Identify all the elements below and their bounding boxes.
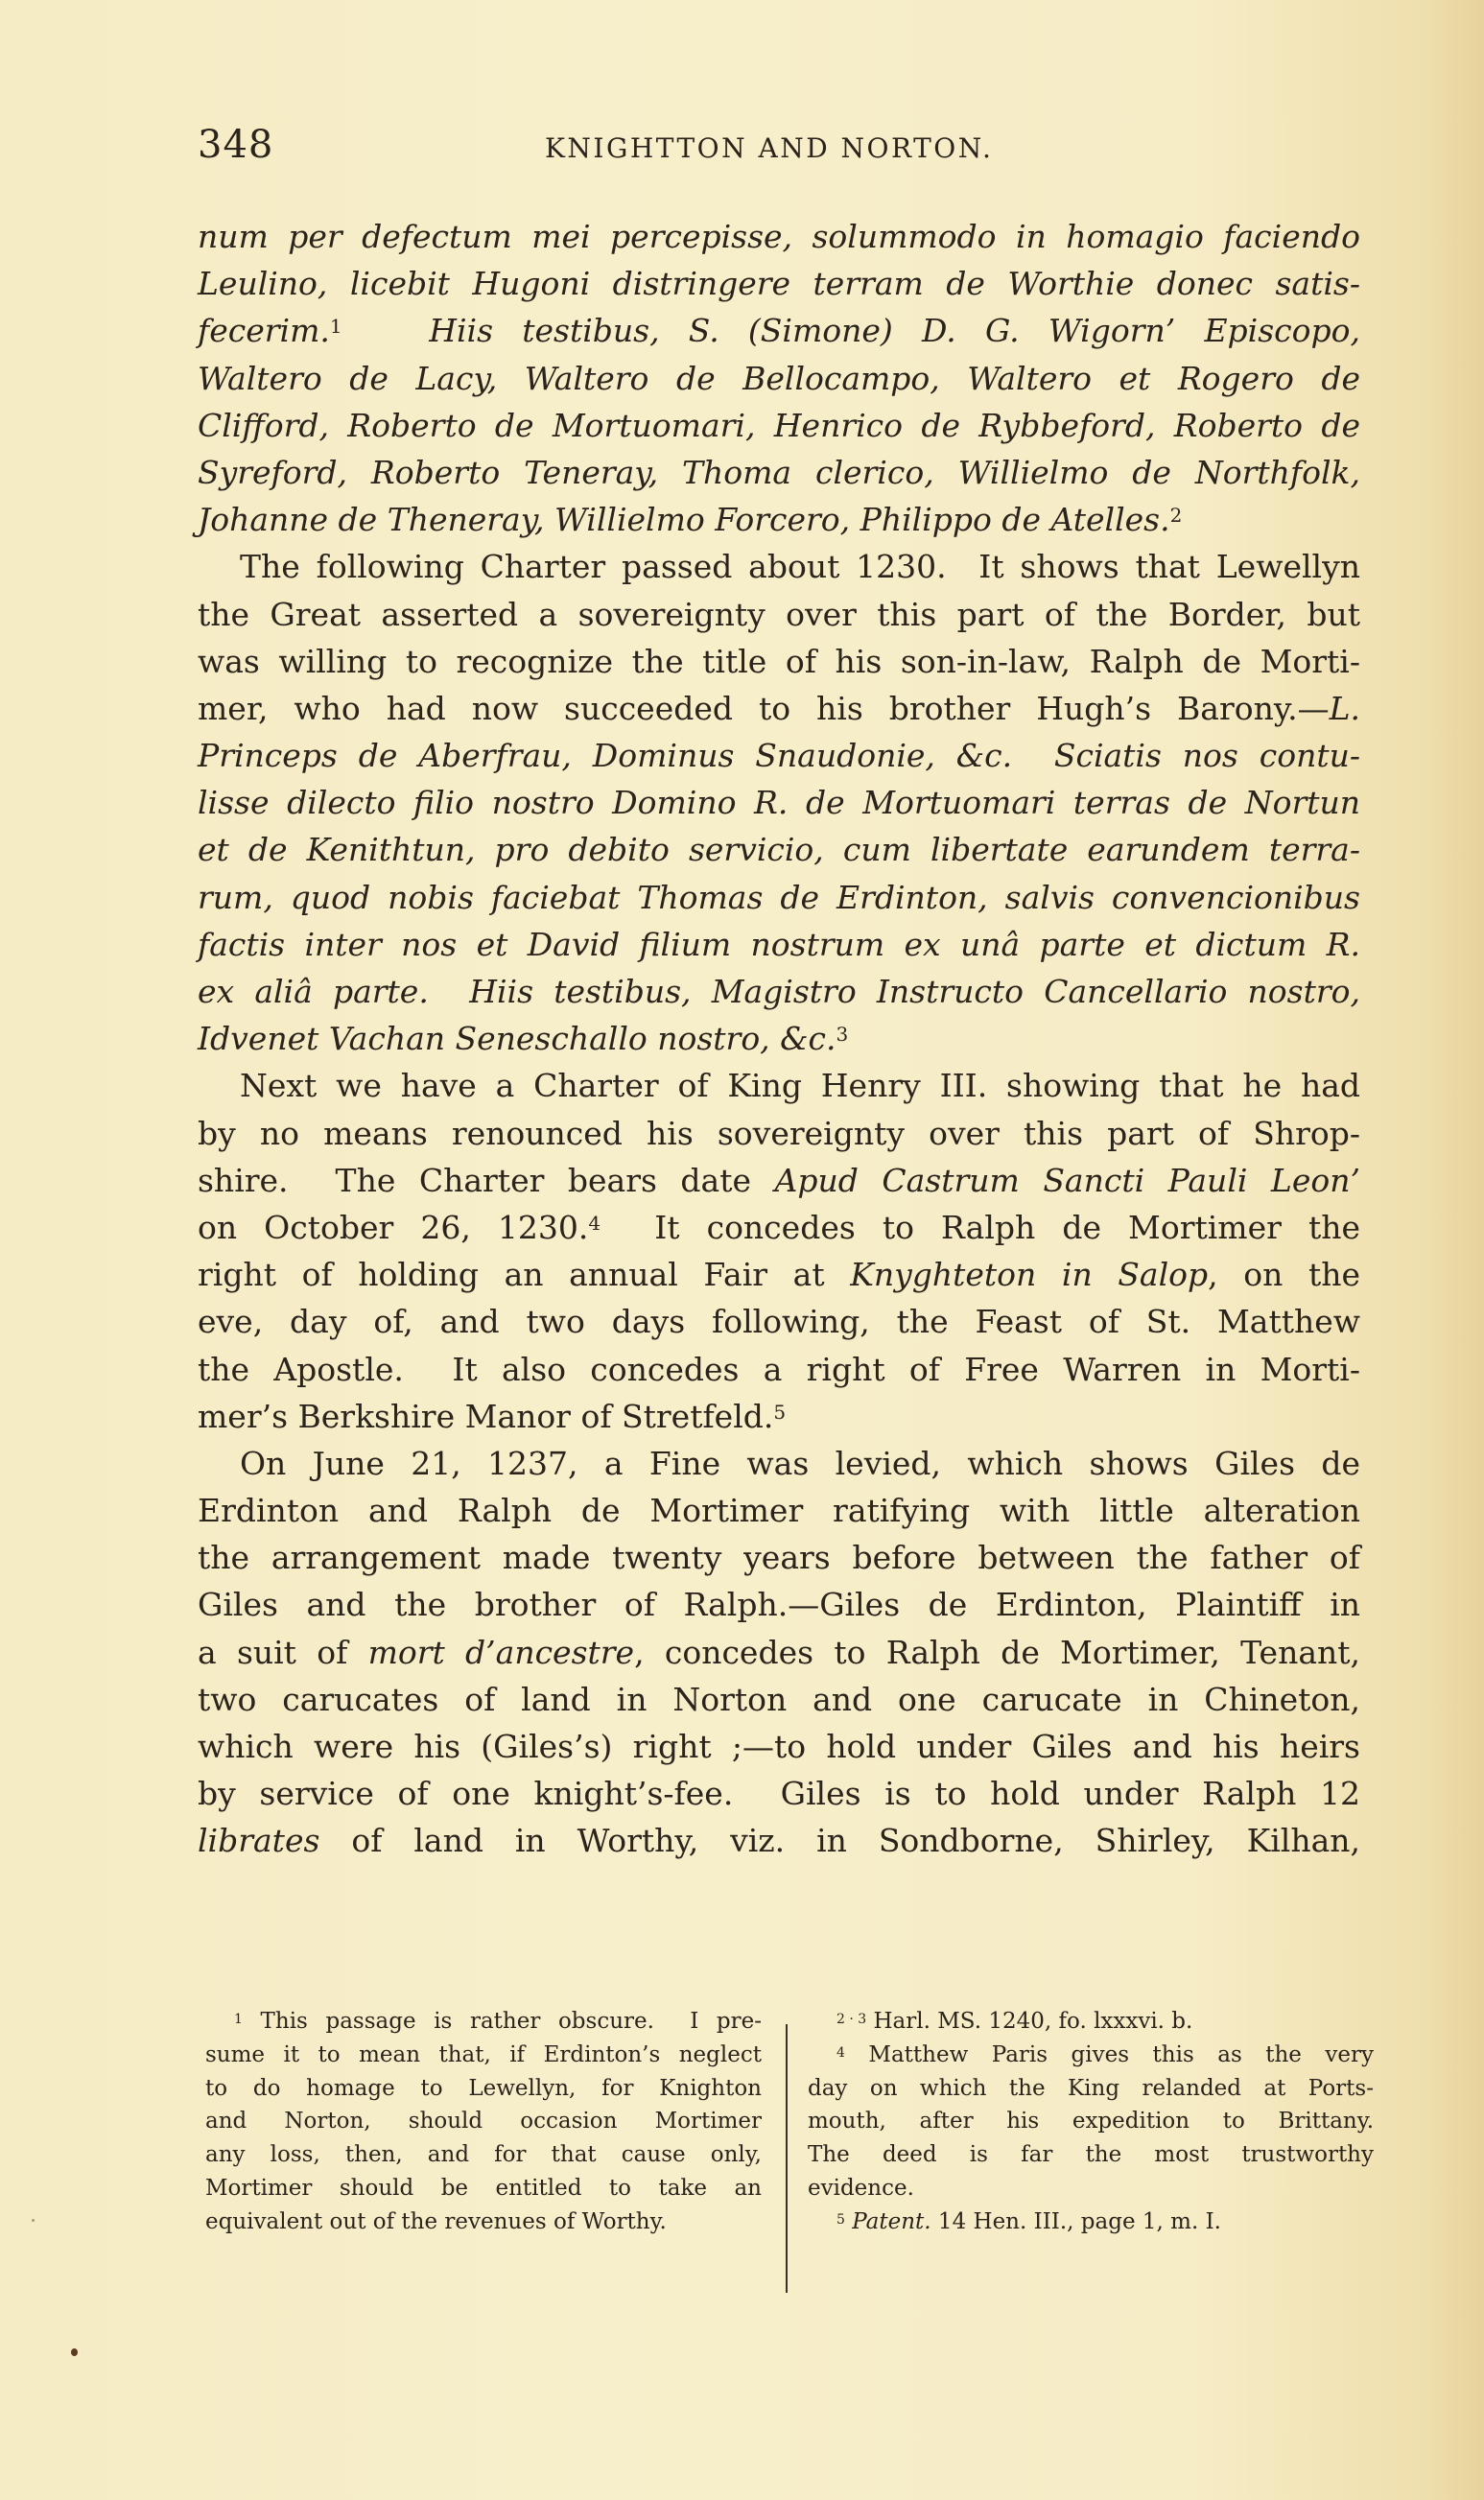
text-run: evidence. [808,2176,914,2201]
body-line: the Great asserted a sovereignty over th… [198,591,1360,638]
text-run: 14 Hen. III., page 1, m. I. [931,2209,1221,2234]
italic-text: Knyghteton in Salop [850,1256,1208,1293]
body-line: The following Charter passed about 1230.… [198,543,1360,590]
body-line: a suit of mort d’ancestre, concedes to R… [198,1629,1360,1676]
text-run: which were his (Giles’s) right ;—to hold… [198,1728,1360,1765]
footnote-marker: 5 [836,2212,845,2228]
footnote-marker: 4 [588,1212,601,1235]
footnote-line: The deed is far the most trustworthy [808,2138,1374,2172]
text-run: the Apostle. It also concedes a right of… [198,1351,1360,1388]
running-title: KNIGHTTON AND NORTON. [545,132,993,164]
italic-text: L. [1330,690,1360,727]
footnote-line: 2 · 3 Harl. MS. 1240, fo. lxxxvi. b. [808,2005,1374,2039]
footnote-marker: 3 [836,1023,849,1046]
footnote-line: equivalent out of the revenues of Worthy… [205,2205,762,2239]
running-head: 348 KNIGHTTON AND NORTON. [198,123,1387,171]
body-line: On June 21, 1237, a Fine was levied, whi… [198,1440,1360,1487]
text-run: a suit of [198,1634,368,1671]
body-line: which were his (Giles’s) right ;—to hold… [198,1723,1360,1770]
body-line: Syreford, Roberto Teneray, Thoma clerico… [198,449,1360,496]
text-run: mer, who had now succeeded to his brothe… [198,690,1330,727]
text-run: any loss, then, and for that cause only, [205,2142,762,2167]
body-line: the Apostle. It also concedes a right of… [198,1346,1360,1393]
footnote-marker: 2 · 3 [836,2012,866,2027]
footnote-marker: 1 [234,2012,243,2027]
body-line: ex aliâ parte. Hiis testibus, Magistro I… [198,968,1360,1015]
footnote-line: and Norton, should occasion Mortimer [205,2105,762,2138]
italic-text: lisse dilecto filio nostro Domino R. de … [198,784,1360,821]
body-line: Leulino, licebit Hugoni distringere terr… [198,260,1360,307]
body-line: eve, day of, and two days following, the… [198,1298,1360,1345]
text-run: two carucates of land in Norton and one … [198,1681,1360,1718]
body-line: Waltero de Lacy, Waltero de Bellocampo, … [198,355,1360,402]
italic-text: Apud Castrum Sancti Pauli Leon’ [775,1162,1360,1199]
text-run: This passage is rather obscure. I pre- [243,2009,762,2034]
italic-text: Patent. [852,2209,930,2234]
italic-text: fecerim. [198,312,330,349]
body-line: Erdinton and Ralph de Mortimer ratifying… [198,1487,1360,1534]
text-run: by no means renounced his sovereignty ov… [198,1115,1360,1152]
text-run: Mortimer should be entitled to take an [205,2176,762,2201]
body-line: Clifford, Roberto de Mortuomari, Henrico… [198,402,1360,449]
text-run: the arrangement made twenty years before… [198,1539,1360,1576]
footnotes: 1 This passage is rather obscure. I pre-… [205,2005,1385,2293]
footnote-marker: 2 [1170,504,1183,527]
text-run: , concedes to Ralph de Mortimer, Tenant, [634,1634,1360,1671]
footnote-line: Mortimer should be entitled to take an [205,2172,762,2205]
footnote-marker: 1 [330,315,342,338]
footnote-line: to do homage to Lewellyn, for Knighton [205,2072,762,2106]
footnote-line: any loss, then, and for that cause only, [205,2138,762,2172]
italic-text: Syreford, Roberto Teneray, Thoma clerico… [198,454,1360,491]
book-page: 348 KNIGHTTON AND NORTON. num per defect… [0,0,1484,2500]
italic-text: Leulino, licebit Hugoni distringere terr… [198,265,1360,302]
italic-text: num per defectum mei percepisse, solummo… [198,218,1360,255]
italic-text: Waltero de Lacy, Waltero de Bellocampo, … [198,360,1360,397]
italic-text: Princeps de Aberfrau, Dominus Snaudonie,… [198,737,1360,774]
text-run: right of holding an annual Fair at [198,1256,850,1293]
body-line: factis inter nos et David filium nostrum… [198,921,1360,968]
footnote-line: mouth, after his expedition to Brittany. [808,2105,1374,2138]
text-run: eve, day of, and two days following, the… [198,1303,1360,1340]
text-run: Giles and the brother of Ralph.—Giles de… [198,1586,1360,1623]
body-line: right of holding an annual Fair at Knygh… [198,1251,1360,1298]
footnote-line: 5 Patent. 14 Hen. III., page 1, m. I. [808,2205,1374,2239]
text-run: The deed is far the most trustworthy [808,2142,1374,2167]
text-run: the Great asserted a sovereignty over th… [198,596,1360,633]
body-line: two carucates of land in Norton and one … [198,1676,1360,1723]
text-run: The following Charter passed about 1230.… [240,548,1360,585]
body-line: shire. The Charter bears date Apud Castr… [198,1157,1360,1204]
body-line: librates of land in Worthy, viz. in Sond… [198,1817,1360,1864]
body-line: Idvenet Vachan Seneschallo nostro, &c.3 [198,1015,1360,1062]
footnote-divider [786,2024,788,2293]
text-run: shire. The Charter bears date [198,1162,775,1199]
italic-text: ex aliâ parte. Hiis testibus, Magistro I… [198,973,1360,1010]
italic-text: Hiis testibus, S. (Simone) D. G. Wigorn’… [342,312,1360,349]
italic-text: factis inter nos et David filium nostrum… [198,926,1360,963]
paper-speck [32,2219,35,2222]
italic-text: rum, quod nobis faciebat Thomas de Erdin… [198,879,1360,916]
body-line: Next we have a Charter of King Henry III… [198,1062,1360,1109]
text-run: sume it to mean that, if Erdinton’s negl… [205,2042,762,2067]
text-run: was willing to recognize the title of hi… [198,643,1360,680]
body-text: num per defectum mei percepisse, solummo… [198,213,1360,1865]
body-line: num per defectum mei percepisse, solummo… [198,213,1360,260]
text-run: mouth, after his expedition to Brittany. [808,2109,1374,2134]
body-line: lisse dilecto filio nostro Domino R. de … [198,779,1360,826]
footnote-column-right: 2 · 3 Harl. MS. 1240, fo. lxxxvi. b.4 Ma… [808,2005,1374,2239]
footnote-line: 4 Matthew Paris gives this as the very [808,2039,1374,2072]
italic-text: Idvenet Vachan Seneschallo nostro, &c. [198,1020,836,1057]
body-line: fecerim.1 Hiis testibus, S. (Simone) D. … [198,307,1360,354]
body-line: Johanne de Theneray, Willielmo Forcero, … [198,496,1360,543]
text-run: , on the [1208,1256,1360,1293]
text-run: It concedes to Ralph de Mortimer the [601,1209,1360,1246]
text-run: On June 21, 1237, a Fine was levied, whi… [240,1445,1360,1482]
text-run: Harl. MS. 1240, fo. lxxxvi. b. [866,2009,1192,2034]
body-line: rum, quod nobis faciebat Thomas de Erdin… [198,874,1360,921]
italic-text: mort d’ancestre [368,1634,635,1671]
text-run: Erdinton and Ralph de Mortimer ratifying… [198,1492,1360,1529]
text-run: equivalent out of the revenues of Worthy… [205,2209,667,2234]
paper-speck [71,2348,78,2356]
body-line: mer’s Berkshire Manor of Stretfeld.5 [198,1393,1360,1440]
text-run: and Norton, should occasion Mortimer [205,2109,762,2134]
text-run: of land in Worthy, viz. in Sondborne, Sh… [319,1822,1360,1859]
body-line: the arrangement made twenty years before… [198,1534,1360,1581]
text-run: day on which the King relanded at Ports- [808,2076,1374,2101]
italic-text: et de Kenithtun, pro debito servicio, cu… [198,831,1360,868]
body-line: by service of one knight’s-fee. Giles is… [198,1770,1360,1817]
body-line: Giles and the brother of Ralph.—Giles de… [198,1581,1360,1628]
footnote-line: day on which the King relanded at Ports- [808,2072,1374,2106]
footnote-line: sume it to mean that, if Erdinton’s negl… [205,2039,762,2072]
footnote-marker: 5 [773,1401,786,1424]
footnote-line: 1 This passage is rather obscure. I pre- [205,2005,762,2039]
italic-text: librates [198,1822,319,1859]
body-line: by no means renounced his sovereignty ov… [198,1110,1360,1157]
text-run: to do homage to Lewellyn, for Knighton [205,2076,762,2101]
body-line: on October 26, 1230.4 It concedes to Ral… [198,1204,1360,1251]
body-line: et de Kenithtun, pro debito servicio, cu… [198,826,1360,873]
footnote-line: evidence. [808,2172,1374,2205]
italic-text: Clifford, Roberto de Mortuomari, Henrico… [198,407,1360,444]
body-line: mer, who had now succeeded to his brothe… [198,685,1360,732]
page-number: 348 [198,123,273,167]
text-run: Matthew Paris gives this as the very [845,2042,1374,2067]
footnote-column-left: 1 This passage is rather obscure. I pre-… [205,2005,762,2239]
body-line: was willing to recognize the title of hi… [198,638,1360,685]
italic-text: Johanne de Theneray, Willielmo Forcero, … [198,501,1170,538]
text-run: by service of one knight’s-fee. Giles is… [198,1775,1360,1812]
body-line: Princeps de Aberfrau, Dominus Snaudonie,… [198,732,1360,779]
text-run: on October 26, 1230. [198,1209,588,1246]
text-run: Next we have a Charter of King Henry III… [240,1067,1360,1104]
text-run: mer’s Berkshire Manor of Stretfeld. [198,1398,773,1435]
footnote-marker: 4 [836,2045,845,2061]
